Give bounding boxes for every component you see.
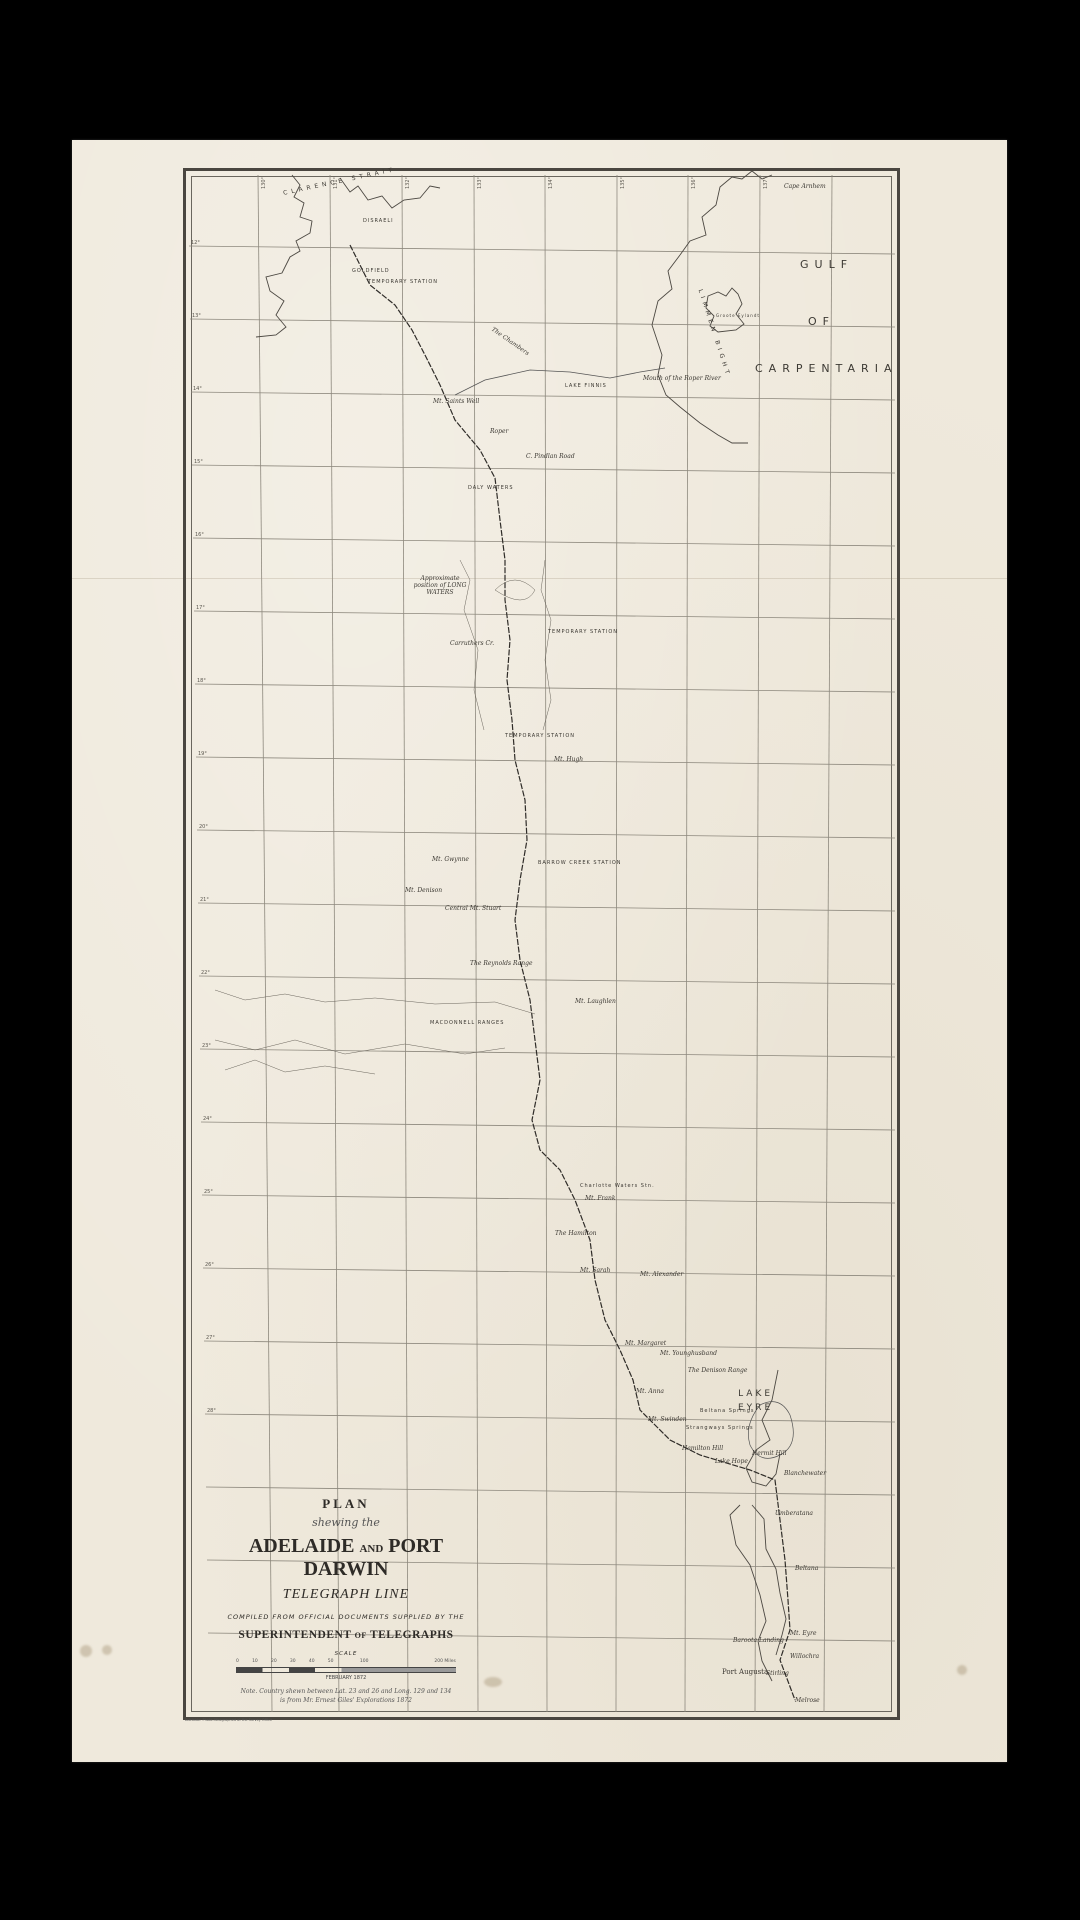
place-label: DALY WATERS (468, 485, 514, 491)
latitude-label: 22° (201, 970, 210, 976)
place-label: Mt. Sarah (580, 1267, 610, 1274)
superintendent-part1: SUPERINTENDENT (238, 1629, 351, 1641)
map-subtitle: TELEGRAPH LINE (216, 1587, 476, 1603)
place-label: Mt. Margaret (625, 1340, 666, 1347)
place-label: Mt. Frank (585, 1195, 615, 1202)
place-label: Mt. Eyre (790, 1630, 817, 1637)
latitude-label: 16° (195, 532, 204, 538)
graticule (189, 175, 895, 1712)
superintendent-line: SUPERINTENDENT OF TELEGRAPHS (216, 1629, 476, 1641)
latitude-label: 12° (191, 240, 200, 246)
scale-tick: 200 Miles (434, 1659, 456, 1664)
scale-tick: 20 (271, 1659, 277, 1664)
latitude-label: 28° (207, 1408, 216, 1414)
scale-tick: 50 (328, 1659, 334, 1664)
latitude-label: 25° (204, 1189, 213, 1195)
lake-label-line1: LAKE (738, 1387, 773, 1401)
place-label: Melrose (795, 1697, 820, 1704)
longitude-label: 134° (548, 177, 554, 189)
scale-bar (236, 1667, 456, 1673)
place-label: The Denison Range (688, 1367, 747, 1374)
note-line2: is from Mr. Ernest Giles' Explorations 1… (216, 1696, 476, 1705)
scale-tick: 100 (360, 1659, 369, 1664)
cartouche-showing: shewing the (216, 1516, 476, 1529)
place-label: Central Mt. Stuart (445, 905, 501, 912)
latitude-label: 18° (197, 678, 206, 684)
place-label: Mt. Gwynne (432, 856, 469, 863)
place-label: TEMPORARY STATION (505, 733, 575, 739)
place-label: Beltana Springs (700, 1408, 754, 1414)
place-label: Port Augusta (722, 1668, 768, 1676)
latitude-label: 13° (192, 313, 201, 319)
place-label: Approximate position of LONG WATERS (410, 575, 470, 596)
place-label: Cape Arnhem (784, 183, 826, 190)
place-label: Lake Hope (715, 1458, 748, 1465)
place-label: Carruthers Cr. (450, 640, 494, 647)
latitude-label: 27° (206, 1335, 215, 1341)
latitude-label: 17° (196, 605, 205, 611)
place-label: Hamilton Hill (682, 1445, 723, 1452)
place-label: Strangways Springs (686, 1425, 754, 1431)
place-label: Mt. Alexander (640, 1271, 683, 1278)
place-label: Mt. Younghusband (660, 1350, 717, 1357)
place-label: LAKE FINNIS (565, 383, 607, 389)
latitude-label: 26° (205, 1262, 214, 1268)
printer-imprint: Adelaide: Photo-lithographed at the Surv… (185, 1718, 272, 1722)
gulf-label-line2: OF (808, 315, 835, 328)
scale-ticks: 0 10 20 30 40 50 100 200 Miles (236, 1659, 456, 1664)
place-label: Mt. Laughlen (575, 998, 616, 1005)
place-label: C. Pindlan Road (526, 453, 575, 460)
place-label: TEMPORARY STATION (368, 279, 438, 285)
place-label: Mt. Saints Well (433, 398, 479, 405)
latitude-label: 14° (193, 386, 202, 392)
place-label: The Reynolds Range (470, 960, 533, 967)
place-label: Mt. Denison (405, 887, 442, 894)
map-title: ADELAIDE AND PORT DARWIN (216, 1535, 476, 1581)
longitude-label: 130° (261, 177, 267, 189)
gulf-label-line3: CARPENTARIA (755, 362, 897, 375)
latitude-label: 21° (200, 897, 209, 903)
place-label: Beltana (795, 1565, 818, 1572)
longitude-label: 133° (477, 177, 483, 189)
title-part1: ADELAIDE (249, 1535, 355, 1557)
place-label: TEMPORARY STATION (548, 629, 618, 635)
latitude-label: 23° (202, 1043, 211, 1049)
longitude-label: 136° (691, 177, 697, 189)
longitude-label: 135° (620, 177, 626, 189)
place-label: Hermit Hill (752, 1450, 787, 1457)
scale-tick: 40 (309, 1659, 315, 1664)
latitude-label: 19° (198, 751, 207, 757)
map-date: FEBRUARY 1872 (216, 1675, 476, 1681)
longitude-label: 131° (333, 177, 339, 189)
place-label: The Hamilton (555, 1230, 597, 1237)
place-label: Roper (490, 428, 508, 435)
place-label: DISRAELI (363, 218, 394, 224)
compiled-note: COMPILED FROM OFFICIAL DOCUMENTS SUPPLIE… (216, 1613, 476, 1621)
place-label: GOLDFIELD (352, 268, 390, 274)
latitude-label: 20° (199, 824, 208, 830)
place-label: MACDONNELL RANGES (430, 1020, 504, 1026)
latitude-label: 15° (194, 459, 203, 465)
cartouche-plan: PLAN (216, 1496, 476, 1512)
title-cartouche: PLAN shewing the ADELAIDE AND PORT DARWI… (216, 1486, 476, 1705)
scale-label: SCALE (216, 1651, 476, 1657)
place-label: Charlotte Waters Stn. (580, 1183, 655, 1189)
place-label: Mouth of the Roper River (643, 375, 721, 382)
note-line1: Note. Country shewn between Lat. 23 and … (216, 1687, 476, 1696)
place-label: Stirling (766, 1670, 789, 1677)
place-label: Willochra (790, 1653, 819, 1660)
place-label: Blanchewater (784, 1470, 826, 1477)
place-label: BARROW CREEK STATION (538, 860, 622, 866)
gulf-label-line1: GULF (800, 258, 853, 271)
latitude-label: 24° (203, 1116, 212, 1122)
ranges-hatching (215, 560, 551, 1074)
place-label: Mt. Anna (636, 1388, 664, 1395)
place-label: Groote Eylandt (716, 313, 760, 318)
longitude-label: 137° (763, 177, 769, 189)
scale-tick: 0 (236, 1659, 239, 1664)
place-label: Baroota Landing (733, 1637, 784, 1644)
telegraph-line (350, 245, 795, 1700)
place-label: Mt. Hugh (554, 756, 583, 763)
longitude-label: 132° (405, 177, 411, 189)
scale-tick: 10 (252, 1659, 258, 1664)
scale-tick: 30 (290, 1659, 296, 1664)
roper-river (455, 368, 665, 395)
superintendent-of: OF (355, 1631, 367, 1640)
place-label: Mt. Swinden (648, 1416, 687, 1423)
place-label: Umberatana (775, 1510, 813, 1517)
map-drawing (0, 0, 1080, 1920)
superintendent-part2: TELEGRAPHS (370, 1629, 454, 1641)
title-and: AND (359, 1543, 383, 1555)
